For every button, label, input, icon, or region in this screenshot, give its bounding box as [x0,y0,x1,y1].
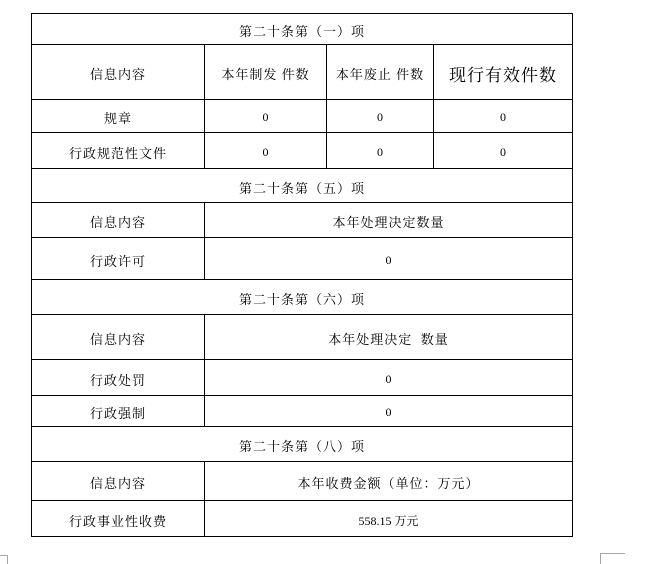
value-cell: 0 [327,100,434,132]
column-header-decision-count: 本年处理决定数量 [205,203,572,237]
column-header-decision-count: 本年处理决定 数量 [205,315,572,359]
document-page: 第二十条第（一）项 信息内容 本年制发 件数 本年废止 件数 现行有效件数 规章… [0,0,666,564]
value-cell: 0 [205,100,327,132]
column-header-effective-count: 现行有效件数 [434,45,572,99]
section-1-header-row: 信息内容 本年制发 件数 本年废止 件数 现行有效件数 [32,45,572,100]
section-8-header-row: 信息内容 本年收费金额（单位：万元） [32,462,572,501]
column-header-fee-amount: 本年收费金额（单位：万元） [205,462,572,500]
table-row-administrative-penalty: 行政处罚 0 [32,360,572,396]
value-cell: 0 [205,396,572,426]
section-5-title: 第二十条第（五）项 [32,169,572,202]
row-label: 行政许可 [32,238,205,279]
value-cell: 0 [205,238,572,279]
table-row-regulations: 规章 0 0 0 [32,100,572,133]
section-5-title-row: 第二十条第（五）项 [32,169,572,203]
row-label: 行政事业性收费 [32,501,205,536]
section-6-title-row: 第二十条第（六）项 [32,280,572,315]
value-cell: 0 [205,133,327,168]
disclosure-report-table: 第二十条第（一）项 信息内容 本年制发 件数 本年废止 件数 现行有效件数 规章… [31,13,573,537]
value-cell: 0 [205,360,572,395]
row-label: 规章 [32,100,205,132]
column-header-issued-count: 本年制发 件数 [205,45,327,99]
section-8-title-row: 第二十条第（八）项 [32,427,572,462]
section-8-title: 第二十条第（八）项 [32,427,572,461]
table-row-administrative-coercion: 行政强制 0 [32,396,572,427]
column-header-info-content: 信息内容 [32,203,205,237]
page-margin-corner-mark-left [0,555,8,564]
value-cell: 0 [327,133,434,168]
table-row-administrative-licensing: 行政许可 0 [32,238,572,280]
section-1-title-row: 第二十条第（一）项 [32,14,572,45]
table-row-normative-documents: 行政规范性文件 0 0 0 [32,133,572,169]
value-cell: 558.15 万元 [205,501,572,536]
table-row-administrative-fees: 行政事业性收费 558.15 万元 [32,501,572,536]
page-margin-corner-mark-right [600,553,625,564]
section-5-header-row: 信息内容 本年处理决定数量 [32,203,572,238]
section-1-title: 第二十条第（一）项 [32,14,572,44]
column-header-info-content: 信息内容 [32,45,205,99]
value-cell: 0 [434,100,572,132]
value-cell: 0 [434,133,572,168]
column-header-info-content: 信息内容 [32,462,205,500]
row-label: 行政规范性文件 [32,133,205,168]
row-label: 行政处罚 [32,360,205,395]
section-6-header-row: 信息内容 本年处理决定 数量 [32,315,572,360]
column-header-abolished-count: 本年废止 件数 [327,45,434,99]
row-label: 行政强制 [32,396,205,426]
column-header-info-content: 信息内容 [32,315,205,359]
section-6-title: 第二十条第（六）项 [32,280,572,314]
